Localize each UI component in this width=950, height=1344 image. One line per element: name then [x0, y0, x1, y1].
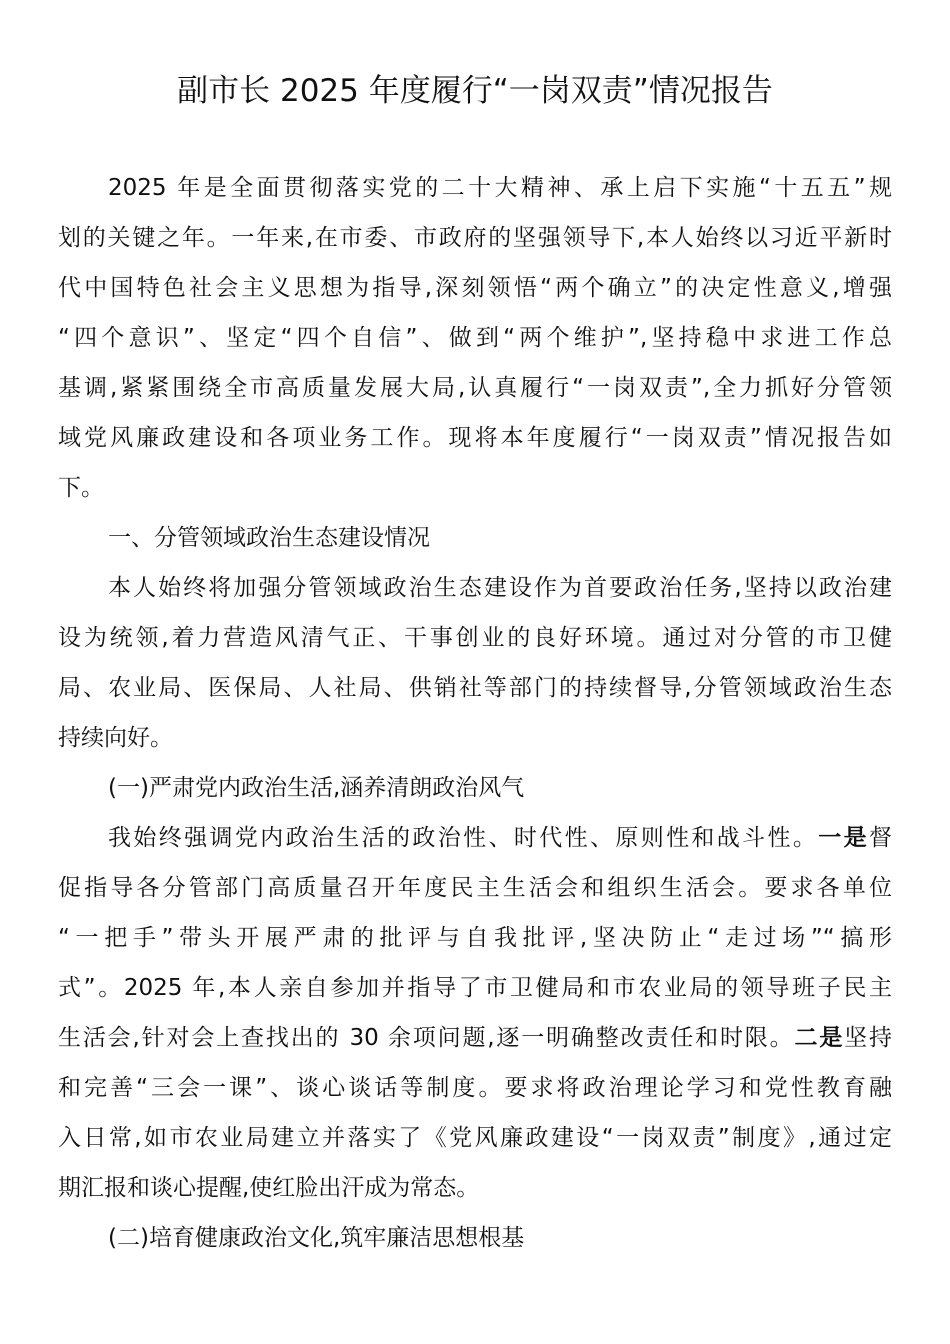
bold-marker-second: 二是	[794, 1025, 844, 1051]
document-title: 副市长 2025 年度履行“一岗双责”情况报告	[0, 66, 950, 116]
section-1-line-2: 设为统领,着力营造风清气正、干事创业的良好环境。通过对分管的市卫健	[58, 613, 892, 663]
subsection-1-line-7: 入日常,如市农业局建立并落实了《党风廉政建设“一岗双责”制度》,通过定	[58, 1113, 892, 1163]
subsection-1-line-4: 式”。2025 年,本人亲自参加并指导了市卫健局和市农业局的领导班子民主	[58, 963, 892, 1013]
text-segment: 督	[869, 825, 892, 851]
document-page: 副市长 2025 年度履行“一岗双责”情况报告 2025 年是全面贯彻落实党的二…	[0, 0, 950, 1344]
subsection-1-line-1: 我始终强调党内政治生活的政治性、时代性、原则性和战斗性。一是督	[108, 813, 892, 863]
intro-line-3: 代中国特色社会主义思想为指导,深刻领悟“两个确立”的决定性意义,增强	[58, 263, 892, 313]
section-1-heading: 一、分管领域政治生态建设情况	[108, 513, 430, 563]
section-1-line-1: 本人始终将加强分管领域政治生态建设作为首要政治任务,坚持以政治建	[108, 563, 892, 613]
subsection-1-line-3: “一把手”带头开展严肃的批评与自我批评,坚决防止“走过场”“搞形	[58, 913, 892, 963]
section-1-line-3: 局、农业局、医保局、人社局、供销社等部门的持续督导,分管领域政治生态	[58, 663, 892, 713]
subsection-1-heading: (一)严肃党内政治生活,涵养清朗政治风气	[108, 763, 524, 813]
intro-line-6: 域党风廉政建设和各项业务工作。现将本年度履行“一岗双责”情况报告如	[58, 413, 892, 463]
section-1-line-4: 持续向好。	[58, 713, 892, 763]
text-segment: 我始终强调党内政治生活的政治性、时代性、原则性和战斗性。	[108, 825, 818, 851]
subsection-2-heading: (二)培育健康政治文化,筑牢廉洁思想根基	[108, 1213, 524, 1263]
intro-line-4: “四个意识”、坚定“四个自信”、做到“两个维护”,坚持稳中求进工作总	[58, 313, 892, 363]
text-segment: 生活会,针对会上查找出的 30 余项问题,逐一明确整改责任和时限。	[58, 1025, 794, 1051]
subsection-1-line-8: 期汇报和谈心提醒,使红脸出汗成为常态。	[58, 1163, 892, 1213]
subsection-1-line-5: 生活会,针对会上查找出的 30 余项问题,逐一明确整改责任和时限。二是坚持	[58, 1013, 892, 1063]
intro-line-5: 基调,紧紧围绕全市高质量发展大局,认真履行“一岗双责”,全力抓好分管领	[58, 363, 892, 413]
intro-line-7: 下。	[58, 463, 892, 513]
text-segment: 坚持	[844, 1025, 892, 1051]
intro-line-2: 划的关键之年。一年来,在市委、市政府的坚强领导下,本人始终以习近平新时	[58, 213, 892, 263]
intro-line-1: 2025 年是全面贯彻落实党的二十大精神、承上启下实施“十五五”规	[108, 163, 892, 213]
subsection-1-line-2: 促指导各分管部门高质量召开年度民主生活会和组织生活会。要求各单位	[58, 863, 892, 913]
bold-marker-first: 一是	[818, 825, 869, 851]
subsection-1-line-6: 和完善“三会一课”、谈心谈话等制度。要求将政治理论学习和党性教育融	[58, 1063, 892, 1113]
